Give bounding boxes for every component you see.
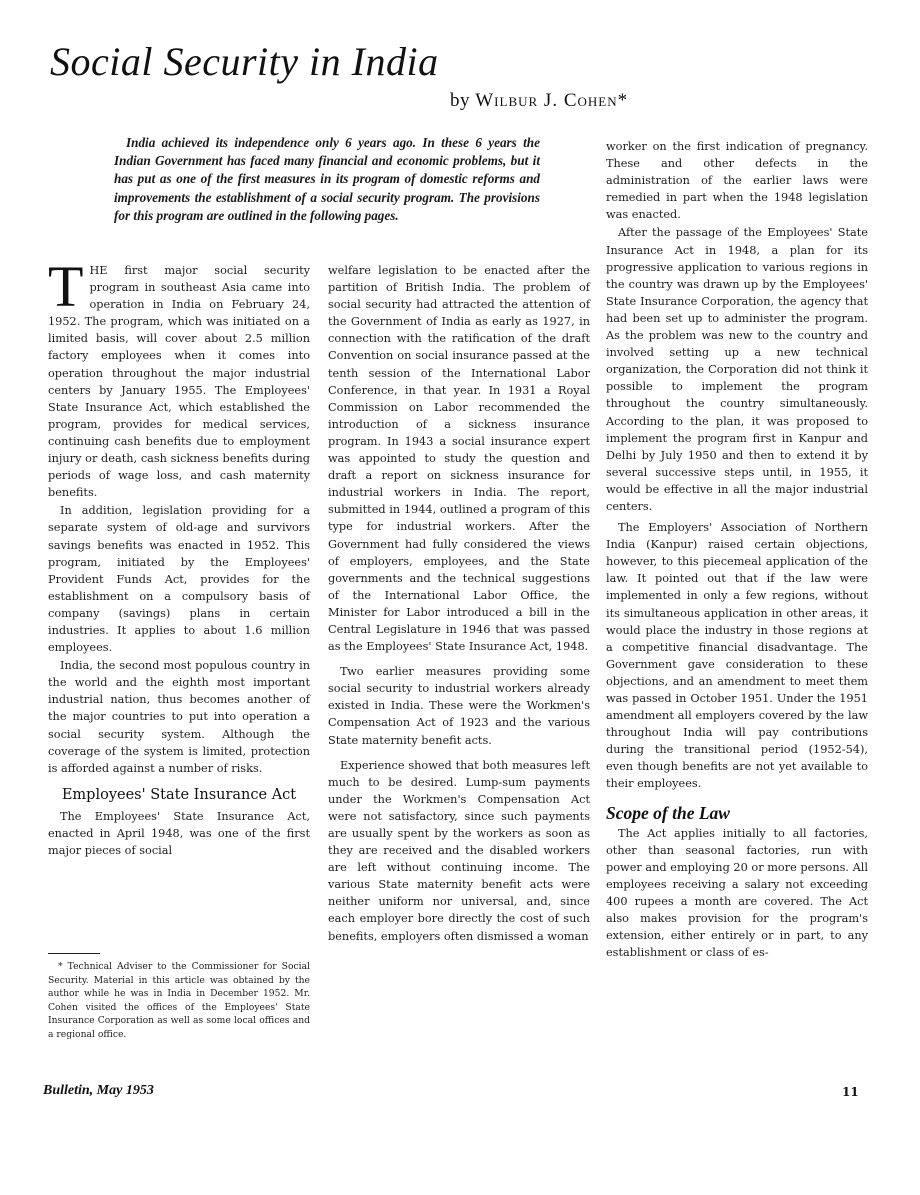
column-3: worker on the first indication of pregna… — [606, 138, 868, 961]
page-number: 11 — [842, 1085, 859, 1099]
footnote-text: * Technical Adviser to the Commissioner … — [48, 960, 310, 1042]
paragraph: THE first major social security program … — [48, 262, 310, 501]
paragraph-text: HE first major social security program i… — [48, 264, 310, 499]
author-footnote-mark: * — [618, 90, 628, 111]
paragraph: worker on the first indication of pregna… — [606, 138, 868, 223]
author-name: Wilbur J. Cohen — [475, 90, 617, 111]
byline-prefix: by — [450, 90, 470, 111]
column-1: THE first major social security program … — [48, 262, 310, 859]
paragraph: The Act applies initially to all factori… — [606, 825, 868, 962]
drop-cap: T — [48, 264, 83, 310]
paragraph: Experience showed that both measures lef… — [328, 757, 590, 945]
article-title: Social Security in India — [50, 38, 439, 85]
section-heading: Employees' State Insurance Act — [48, 787, 310, 804]
paragraph: welfare legislation to be enacted after … — [328, 262, 590, 655]
section-heading: Scope of the Law — [606, 803, 868, 823]
publication-footer: Bulletin, May 1953 — [43, 1083, 154, 1099]
article-abstract: India achieved its independence only 6 y… — [114, 134, 540, 225]
footnote-divider — [48, 953, 100, 954]
abstract-text: India achieved its independence only 6 y… — [114, 134, 540, 225]
paragraph: India, the second most populous country … — [48, 657, 310, 777]
column-2: welfare legislation to be enacted after … — [328, 262, 590, 945]
paragraph: Two earlier measures providing some soci… — [328, 663, 590, 748]
byline: by Wilbur J. Cohen* — [450, 90, 628, 112]
paragraph: In addition, legislation providing for a… — [48, 502, 310, 656]
footnote: * Technical Adviser to the Commissioner … — [48, 960, 310, 1042]
paragraph: After the passage of the Employees' Stat… — [606, 224, 868, 515]
paragraph: The Employers' Association of Northern I… — [606, 519, 868, 793]
paragraph: The Employees' State Insurance Act, enac… — [48, 808, 310, 859]
